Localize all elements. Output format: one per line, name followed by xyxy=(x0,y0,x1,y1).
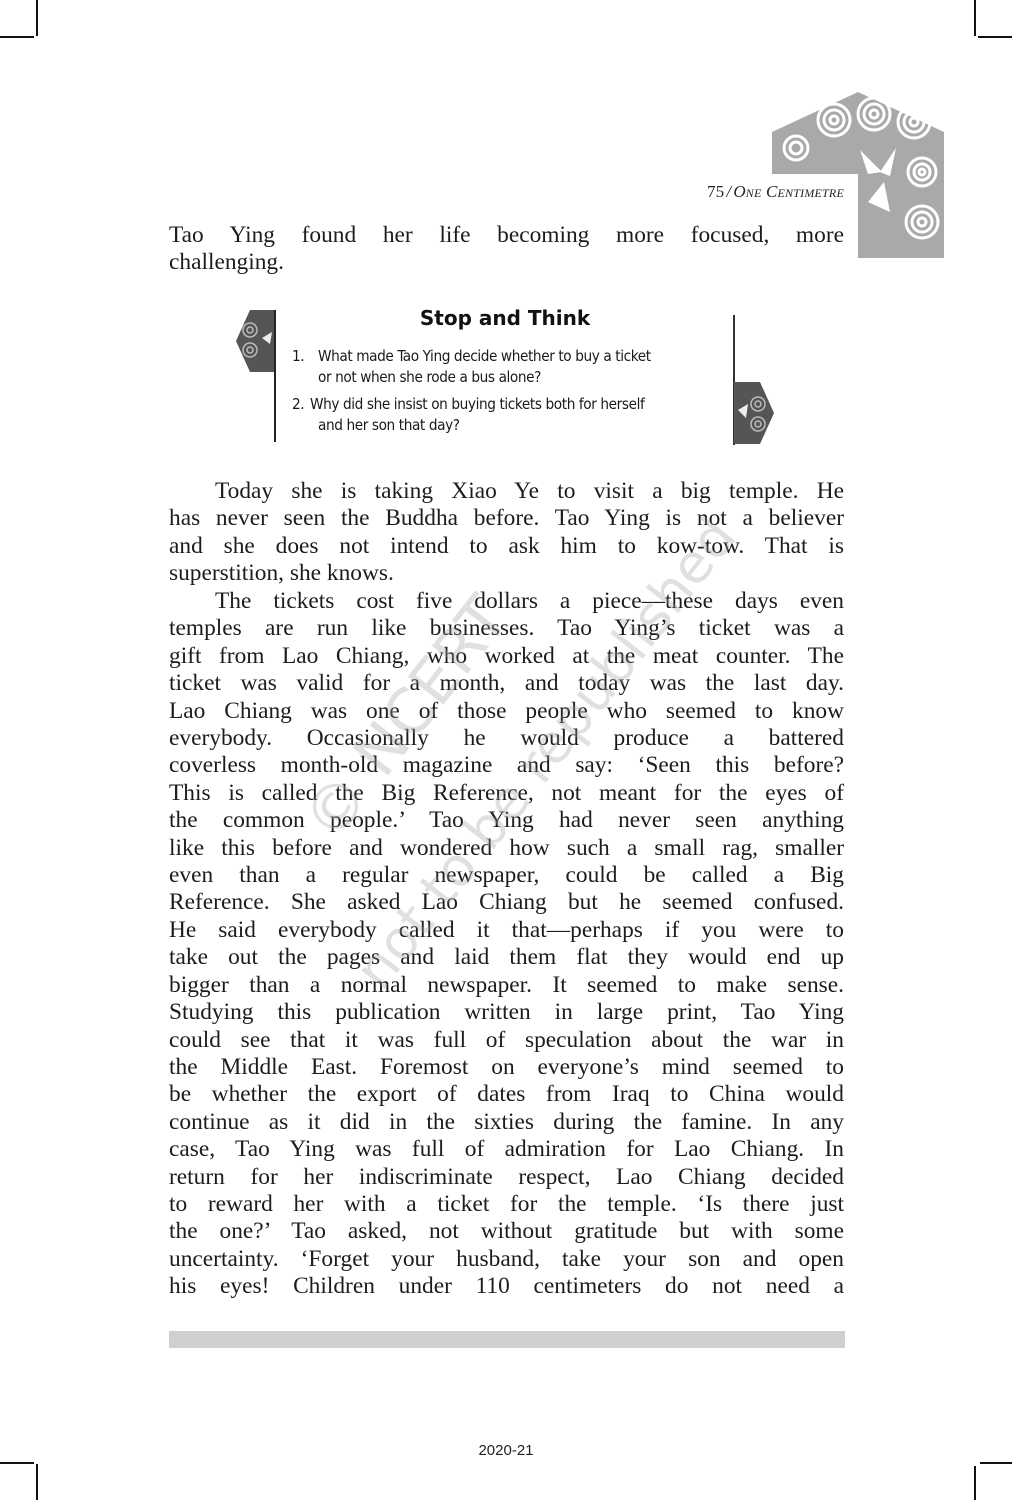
text-line: the common people.’ Tao Ying had never s… xyxy=(169,807,844,834)
text-line: uncertainty. ‘Forget your husband, take … xyxy=(169,1246,844,1273)
text-line: his eyes! Children under 110 centimeters… xyxy=(169,1273,844,1300)
text-line: take out the pages and laid them flat th… xyxy=(169,944,844,971)
text-line: could see that it was full of speculatio… xyxy=(169,1027,844,1054)
text-line: The tickets cost five dollars a piece—th… xyxy=(169,588,844,615)
footer-year: 2020-21 xyxy=(0,1442,1012,1459)
text-line: has never seen the Buddha before. Tao Yi… xyxy=(169,505,844,532)
question-text: What made Tao Ying decide whether to buy… xyxy=(318,347,651,365)
page-number: 75 xyxy=(707,182,724,201)
question-1: 1.What made Tao Ying decide whether to b… xyxy=(292,346,732,388)
crop-mark-bottom-left-h xyxy=(0,1462,34,1464)
text-line: Today she is taking Xiao Ye to visit a b… xyxy=(169,478,844,505)
crop-mark-top-right-h xyxy=(978,36,1012,38)
crop-mark-bottom-left-v xyxy=(36,1464,38,1500)
question-number: 2. xyxy=(292,394,310,415)
text-line: to reward her with a ticket for the temp… xyxy=(169,1191,844,1218)
header-separator: / xyxy=(726,182,731,201)
text-line: and she does not intend to ask him to ko… xyxy=(169,533,844,560)
text-line: superstition, she knows. xyxy=(169,560,844,587)
text-line: He said everybody called it that—perhaps… xyxy=(169,917,844,944)
running-header: 75/One Centimetre xyxy=(707,182,844,202)
text-line: coverless month-old magazine and say: ‘S… xyxy=(169,752,844,779)
text-line: Tao Ying found her life becoming more fo… xyxy=(169,222,844,249)
crop-mark-top-left-h xyxy=(0,36,34,38)
stop-and-think-box: Stop and Think 1.What made Tao Ying deci… xyxy=(236,306,776,440)
text-line: case, Tao Ying was full of admiration fo… xyxy=(169,1136,844,1163)
text-line: temples are run like businesses. Tao Yin… xyxy=(169,615,844,642)
crop-mark-bottom-right-v xyxy=(974,1466,976,1500)
crop-mark-top-left-v xyxy=(36,0,38,36)
text-line: gift from Lao Chiang, who worked at the … xyxy=(169,643,844,670)
text-line: Lao Chiang was one of those people who s… xyxy=(169,698,844,725)
text-line: challenging. xyxy=(169,249,844,276)
text-line: the one?’ Tao asked, not without gratitu… xyxy=(169,1218,844,1245)
text-line: everybody. Occasionally he would produce… xyxy=(169,725,844,752)
text-line: ticket was valid for a month, and today … xyxy=(169,670,844,697)
text-line: bigger than a normal newspaper. It seeme… xyxy=(169,972,844,999)
text-line: This is called the Big Reference, not me… xyxy=(169,780,844,807)
body-paragraph-1: Today she is taking Xiao Ye to visit a b… xyxy=(169,478,844,588)
chapter-title: One Centimetre xyxy=(733,182,844,201)
question-text: and her son that day? xyxy=(292,415,732,436)
text-line: continue as it did in the sixties during… xyxy=(169,1109,844,1136)
footer-rule xyxy=(169,1331,845,1348)
question-number: 1. xyxy=(292,346,318,367)
question-2: 2.Why did she insist on buying tickets b… xyxy=(292,394,732,436)
text-line: Studying this publication written in lar… xyxy=(169,999,844,1026)
text-line: be whether the export of dates from Iraq… xyxy=(169,1081,844,1108)
question-text: Why did she insist on buying tickets bot… xyxy=(310,395,644,413)
crop-mark-top-right-v xyxy=(974,0,976,36)
hexagon-motif-icon xyxy=(236,310,276,372)
text-line: return for her indiscriminate respect, L… xyxy=(169,1164,844,1191)
intro-paragraph: Tao Ying found her life becoming more fo… xyxy=(169,222,844,277)
question-text: or not when she rode a bus alone? xyxy=(292,367,732,388)
hexagon-motif-icon xyxy=(734,382,774,444)
text-line: even than a regular newspaper, could be … xyxy=(169,862,844,889)
stop-and-think-heading: Stop and Think xyxy=(276,306,734,330)
text-line: Reference. She asked Lao Chiang but he s… xyxy=(169,889,844,916)
text-line: like this before and wondered how such a… xyxy=(169,835,844,862)
body-paragraph-2: The tickets cost five dollars a piece—th… xyxy=(169,588,844,1301)
text-line: the Middle East. Foremost on everyone’s … xyxy=(169,1054,844,1081)
crop-mark-bottom-right-h xyxy=(980,1462,1012,1464)
